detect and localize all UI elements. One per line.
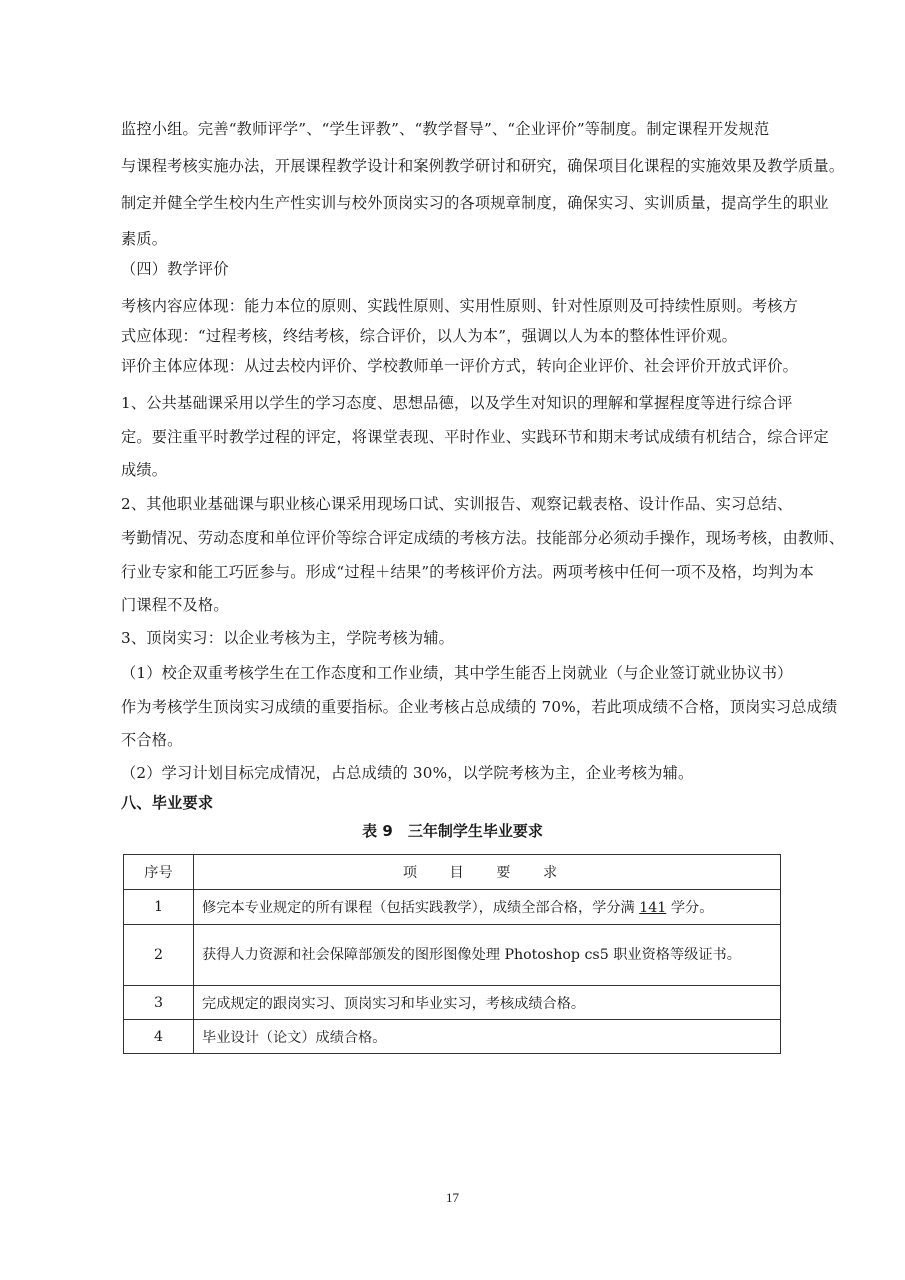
table-row: 3 完成规定的跟岗实习、顶岗实习和毕业实习，考核成绩合格。 [124,986,781,1020]
table-caption: 表 9 三年制学生毕业要求 [0,820,905,841]
subsection-heading: （四）教学评价 [121,259,229,279]
paragraph-line: 门课程不及格。 [121,595,229,615]
paragraph-line: 制定并健全学生校内生产性实训与校外顶岗实习的各项规章制度，确保实习、实训质量，提… [121,193,829,213]
paragraph-line: 监控小组。完善“教师评学”、“学生评教”、“教学督导”、“企业评价”等制度。制定… [121,119,769,139]
paragraph-line: 评价主体应体现：从过去校内评价、学校教师单一评价方式，转向企业评价、社会评价开放… [121,356,798,376]
row-no: 3 [124,986,194,1020]
table-header-row: 序号 项 目 要 求 [124,855,781,890]
paragraph-line: （2）学习计划目标完成情况，占总成绩的 30%，以学院考核为主，企业考核为辅。 [121,763,693,783]
paragraph-line: 与课程考核实施办法，开展课程教学设计和案例教学研讨和研究，确保项目化课程的实施效… [121,156,844,176]
header-item: 项 目 要 求 [194,855,781,890]
row-no: 1 [124,890,194,925]
paragraph-line: 3、顶岗实习：以企业考核为主，学院考核为辅。 [121,628,454,648]
paragraph-line: 考核内容应体现：能力本位的原则、实践性原则、实用性原则、针对性原则及可持续性原则… [121,296,798,316]
paragraph-line: 1、公共基础课采用以学生的学习态度、思想品德，以及学生对知识的理解和掌握程度等进… [121,393,793,413]
paragraph-line: 式应体现：“过程考核，终结考核，综合评价，以人为本”，强调以人为本的整体性评价观… [121,326,737,346]
section-heading: 八、毕业要求 [121,793,213,813]
paragraph-line: 成绩。 [121,460,167,480]
row-text: 毕业设计（论文）成绩合格。 [194,1020,781,1054]
page-number: 17 [0,1190,905,1206]
table-row: 1 修完本专业规定的所有课程（包括实践教学），成绩全部合格，学分满 141 学分… [124,890,781,925]
row-text: 修完本专业规定的所有课程（包括实践教学），成绩全部合格，学分满 141 学分。 [194,890,781,925]
paragraph-line: （1）校企双重考核学生在工作态度和工作业绩，其中学生能否上岗就业（与企业签订就业… [121,663,793,683]
row-text-part: 修完本专业规定的所有课程（包括实践教学），成绩全部合格，学分满 [202,900,639,916]
paragraph-line: 作为考核学生顶岗实习成绩的重要指标。企业考核占总成绩的 70%，若此项成绩不合格… [121,697,837,717]
row-text: 获得人力资源和社会保障部颁发的图形图像处理 Photoshop cs5 职业资格… [194,925,781,986]
table-row: 4 毕业设计（论文）成绩合格。 [124,1020,781,1054]
row-text-part: 学分。 [666,900,713,916]
graduation-requirements-table: 序号 项 目 要 求 1 修完本专业规定的所有课程（包括实践教学），成绩全部合格… [123,854,781,1054]
paragraph-line: 定。要注重平时教学过程的评定，将课堂表现、平时作业、实践环节和期末考试成绩有机结… [121,427,829,447]
row-no: 2 [124,925,194,986]
header-no: 序号 [124,855,194,890]
paragraph-line: 素质。 [121,229,167,249]
credits-value: 141 [639,900,666,916]
paragraph-line: 2、其他职业基础课与职业核心课采用现场口试、实训报告、观察记载表格、设计作品、实… [121,494,793,514]
paragraph-line: 考勤情况、劳动态度和单位评价等综合评定成绩的考核方法。技能部分必须动手操作，现场… [121,528,844,548]
row-text: 完成规定的跟岗实习、顶岗实习和毕业实习，考核成绩合格。 [194,986,781,1020]
paragraph-line: 不合格。 [121,730,183,750]
paragraph-line: 行业专家和能工巧匠参与。形成“过程＋结果”的考核评价方法。两项考核中任何一项不及… [121,562,814,582]
table-row: 2 获得人力资源和社会保障部颁发的图形图像处理 Photoshop cs5 职业… [124,925,781,986]
row-no: 4 [124,1020,194,1054]
